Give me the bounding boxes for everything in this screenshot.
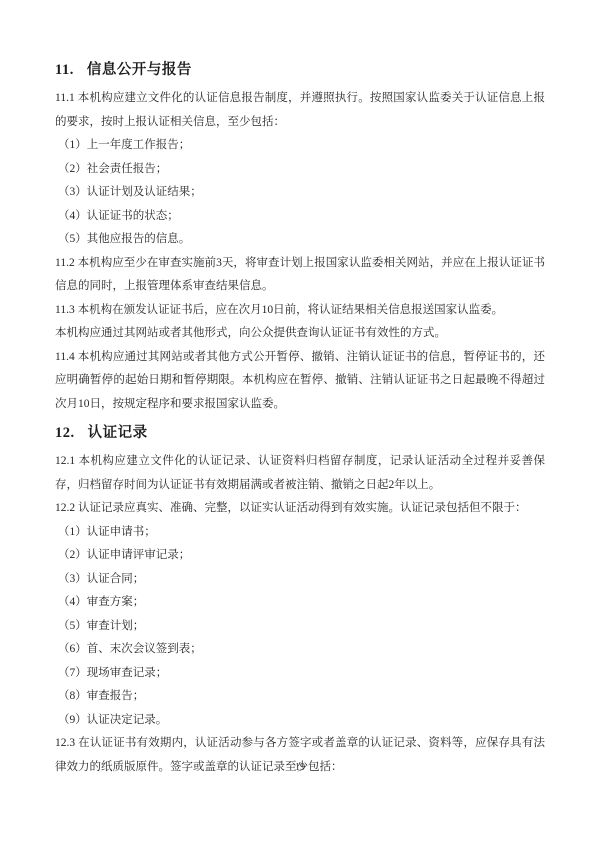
list-item-12-5: （5）审查计划；: [55, 615, 545, 639]
list-item-11-2: （2）社会责任报告；: [55, 158, 545, 182]
section-body-11: 11.1 本机构应建立文件化的认证信息报告制度，并遵照执行。按照国家认监委关于认…: [55, 87, 545, 416]
list-item-12-6: （6）首、末次会议签到表；: [55, 638, 545, 662]
list-item-12-2: （2）认证申请评审记录；: [55, 544, 545, 568]
paragraph-11-4: 11.4 本机构应通过其网站或者其他方式公开暂停、撤销、注销认证证书的信息，暂停…: [55, 346, 545, 417]
section-title-11: 信息公开与报告: [87, 62, 192, 78]
paragraph-12-1: 12.1 本机构应建立文件化的认证记录、认证资料归档留存制度，记录认证活动全过程…: [55, 450, 545, 497]
section-heading-11: 11.信息公开与报告: [55, 57, 545, 83]
list-item-12-9: （9）认证决定记录。: [55, 709, 545, 733]
paragraph-11-3b: 本机构应通过其网站或者其他形式，向公众提供查询认证证书有效性的方式。: [55, 322, 545, 346]
list-item-11-4: （4）认证证书的状态；: [55, 205, 545, 229]
list-item-12-3: （3）认证合同；: [55, 568, 545, 592]
paragraph-11-2: 11.2 本机构应至少在审查实施前3天，将审查计划上报国家认监委相关网站，并应在…: [55, 252, 545, 299]
list-item-12-7: （7）现场审查记录；: [55, 662, 545, 686]
list-item-12-4: （4）审查方案；: [55, 591, 545, 615]
paragraph-11-3: 11.3 本机构在颁发认证证书后，应在次月10日前，将认证结果相关信息报送国家认…: [55, 299, 545, 323]
list-item-11-1: （1）上一年度工作报告；: [55, 134, 545, 158]
paragraph-11-1: 11.1 本机构应建立文件化的认证信息报告制度，并遵照执行。按照国家认监委关于认…: [55, 87, 545, 134]
paragraph-12-2: 12.2 认证记录应真实、准确、完整，以证实认证活动得到有效实施。认证记录包括但…: [55, 497, 545, 521]
section-title-12: 认证记录: [88, 425, 148, 441]
section-number-12: 12.: [55, 420, 75, 446]
list-item-12-8: （8）审查报告；: [55, 685, 545, 709]
section-number-11: 11.: [55, 57, 74, 83]
page-number: 19: [0, 762, 600, 773]
list-item-11-3: （3）认证计划及认证结果；: [55, 181, 545, 205]
document-page: 11.信息公开与报告 11.1 本机构应建立文件化的认证信息报告制度，并遵照执行…: [0, 0, 600, 848]
list-item-11-5: （5）其他应报告的信息。: [55, 228, 545, 252]
section-heading-12: 12.认证记录: [55, 420, 545, 446]
section-body-12: 12.1 本机构应建立文件化的认证记录、认证资料归档留存制度，记录认证活动全过程…: [55, 450, 545, 779]
list-item-12-1: （1）认证申请书；: [55, 521, 545, 545]
